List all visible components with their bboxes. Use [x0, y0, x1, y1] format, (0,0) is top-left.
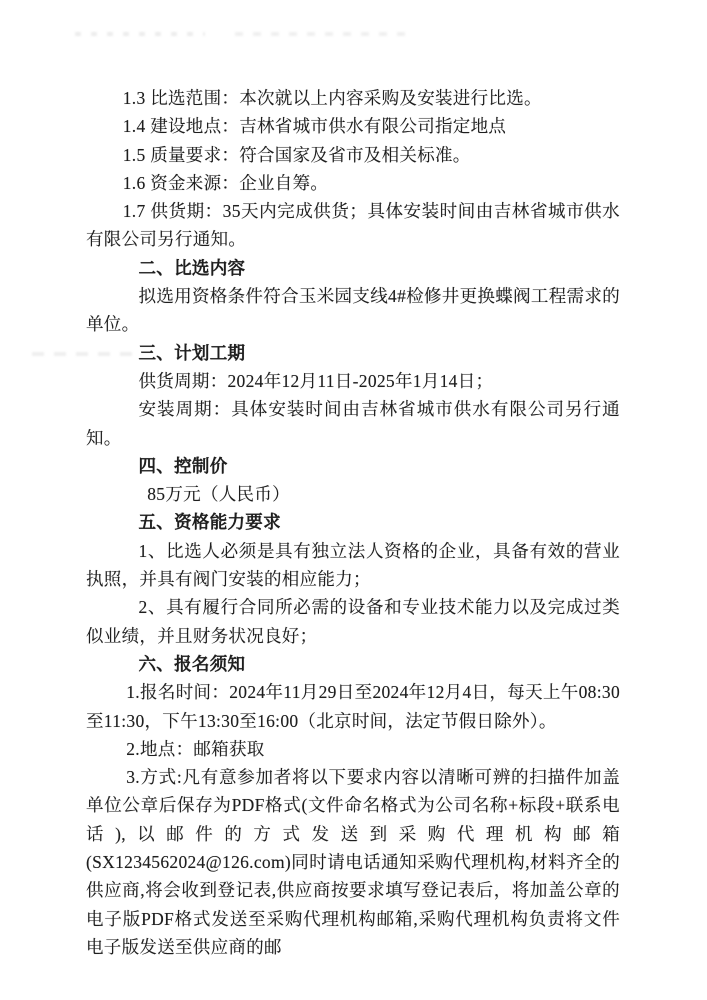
para-installation-period: 安装周期：具体安装时间由吉林省城市供水有限公司另行通知。	[86, 395, 620, 452]
heading-section-3-planned-schedule: 三、计划工期	[86, 339, 620, 367]
document-body: 1.3 比选范围：本次就以上内容采购及安装进行比选。 1.4 建设地点：吉林省城…	[86, 84, 620, 961]
para-signup-location: 2.地点：邮箱获取	[86, 735, 620, 763]
para-control-price-amount: 85万元（人民币）	[86, 480, 620, 508]
clause-1-3-selection-scope: 1.3 比选范围：本次就以上内容采购及安装进行比选。	[86, 84, 620, 112]
scan-smudge-top-right	[235, 32, 405, 36]
para-selection-content: 拟选用资格条件符合玉米园支线4#检修井更换蝶阀工程需求的单位。	[86, 282, 620, 339]
scan-smudge-top-left	[75, 32, 205, 36]
para-supply-period: 供货周期：2024年12月11日-2025年1月14日；	[86, 367, 620, 395]
heading-section-6-signup-notice: 六、报名须知	[86, 650, 620, 678]
heading-section-4-control-price: 四、控制价	[86, 452, 620, 480]
clause-1-6-funding-source: 1.6 资金来源：企业自筹。	[86, 169, 620, 197]
clause-1-4-construction-site: 1.4 建设地点：吉林省城市供水有限公司指定地点	[86, 112, 620, 140]
document-page: 1.3 比选范围：本次就以上内容采购及安装进行比选。 1.4 建设地点：吉林省城…	[0, 0, 707, 1000]
para-qualification-2: 2、具有履行合同所必需的设备和专业技术能力以及完成过类似业绩，并且财务状况良好；	[86, 593, 620, 650]
para-signup-method: 3.方式:凡有意参加者将以下要求内容以清晰可辨的扫描件加盖单位公章后保存为PDF…	[86, 763, 620, 961]
para-qualification-1: 1、比选人必须是具有独立法人资格的企业，具备有效的营业执照，并具有阀门安装的相应…	[86, 537, 620, 594]
clause-1-5-quality-requirement: 1.5 质量要求：符合国家及省市及相关标准。	[86, 141, 620, 169]
heading-section-5-qualification-requirements: 五、资格能力要求	[86, 508, 620, 536]
para-signup-time: 1.报名时间：2024年11月29日至2024年12月4日，每天上午08:30至…	[86, 678, 620, 735]
clause-1-7-delivery-period: 1.7 供货期：35天内完成供货；具体安装时间由吉林省城市供水有限公司另行通知。	[86, 197, 620, 254]
heading-section-2-selection-content: 二、比选内容	[86, 254, 620, 282]
